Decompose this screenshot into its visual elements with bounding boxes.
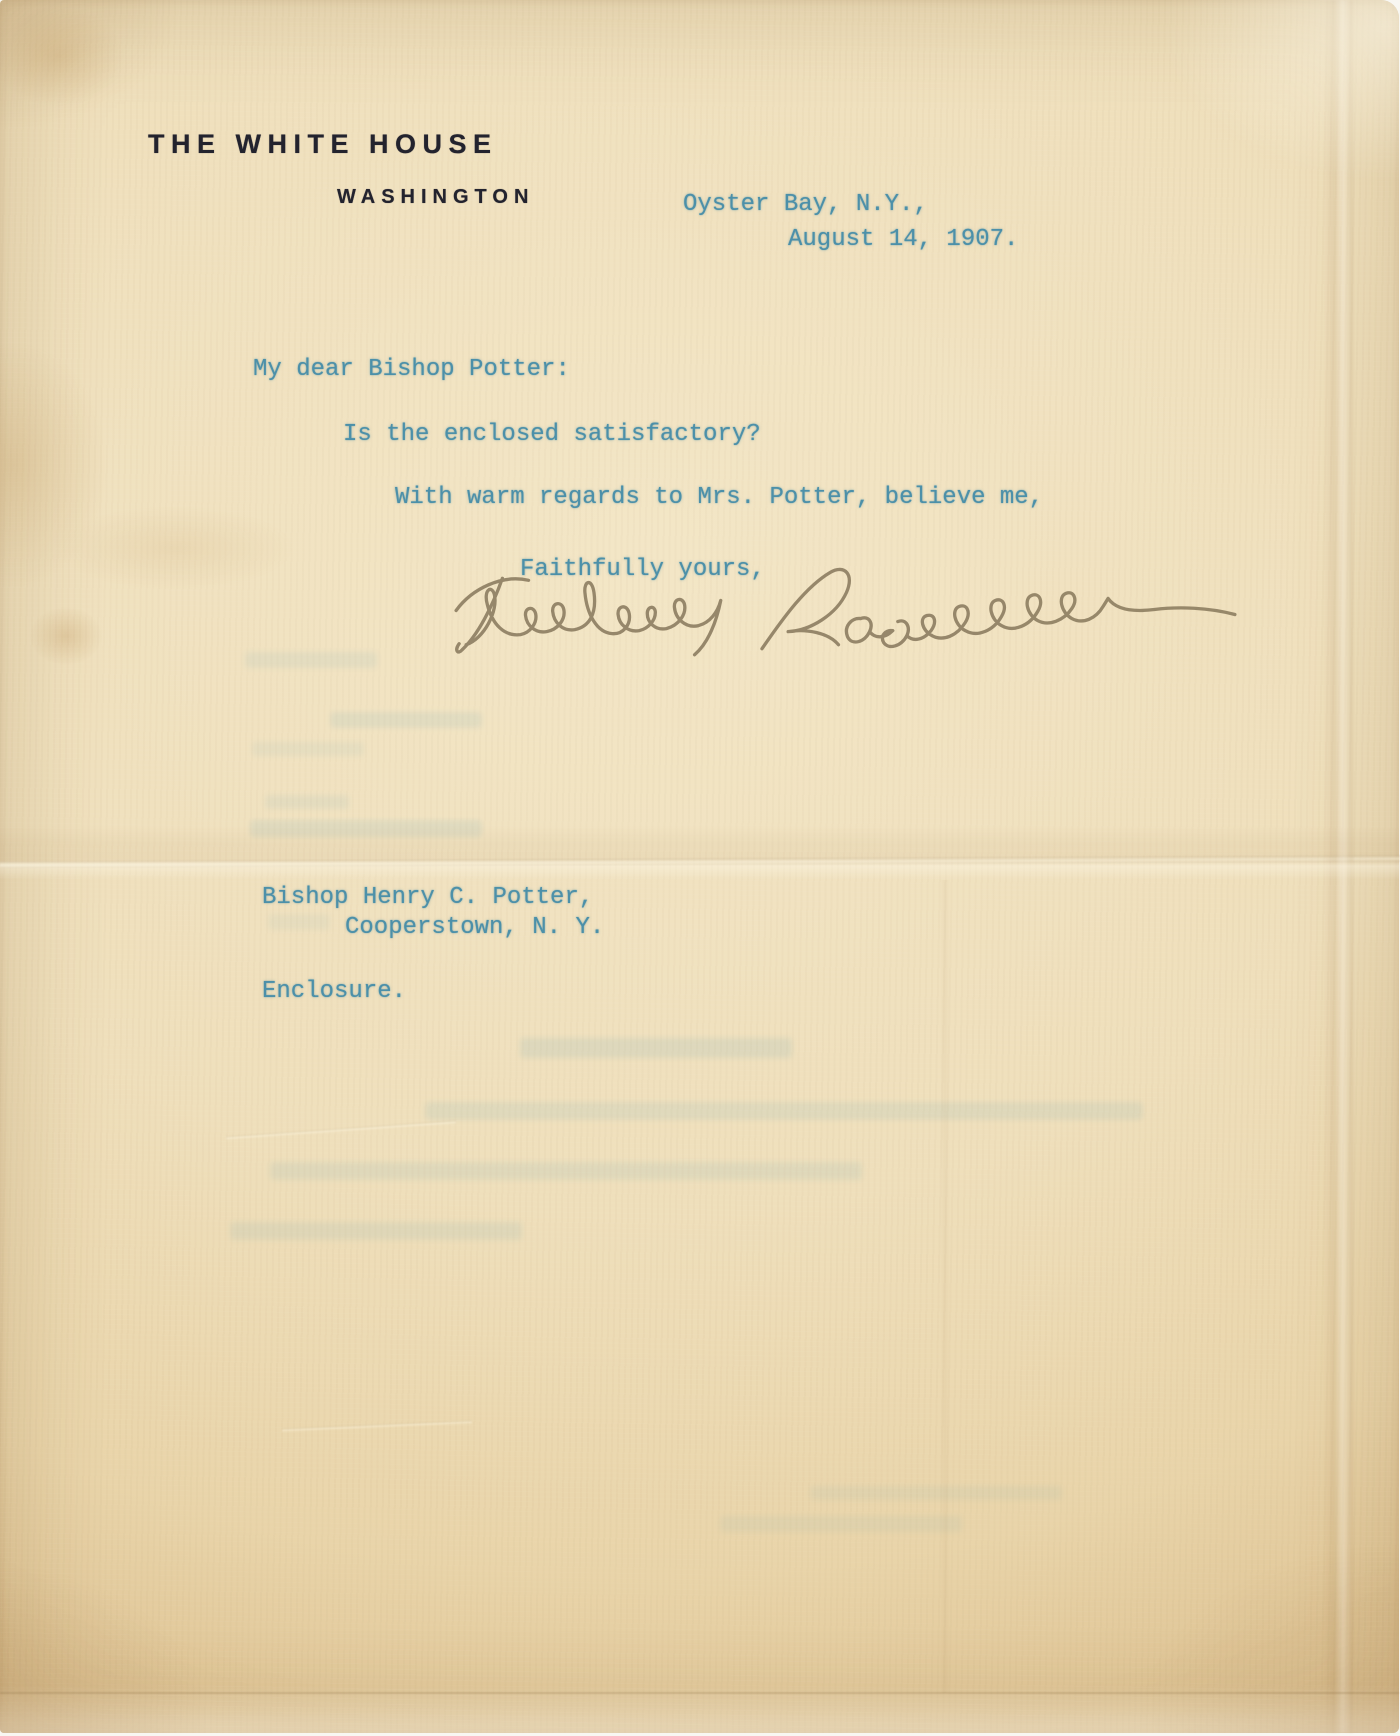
ink-bleedthrough-smudge [810, 1486, 1062, 1500]
ink-bleedthrough-smudge [245, 652, 377, 668]
scanned-letter-document: THE WHITE HOUSE WASHINGTON Oyster Bay, N… [0, 0, 1400, 1736]
ink-bleedthrough-smudge [270, 1162, 862, 1180]
signature-ink-strokes [438, 552, 1253, 672]
vertical-crease-shadow [940, 880, 950, 1693]
horizontal-fold-crease [0, 855, 1400, 868]
dateline-place: Oyster Bay, N.Y., [683, 190, 928, 220]
ink-bleedthrough-smudge [520, 1038, 792, 1058]
paper-bottom-edge [0, 1692, 1399, 1694]
ink-bleedthrough-smudge [720, 1516, 962, 1532]
ink-bleedthrough-smudge [252, 742, 364, 756]
recipient-address-line: Cooperstown, N. Y. [345, 913, 604, 943]
ink-bleedthrough-smudge [250, 820, 482, 837]
small-crease [226, 1120, 456, 1140]
enclosure-note: Enclosure. [262, 977, 406, 1007]
salutation-line: My dear Bishop Potter: [253, 355, 570, 385]
ink-bleedthrough-smudge [268, 914, 330, 930]
signature-theodore-roosevelt: Theodore Roosevelt [438, 552, 1253, 672]
vertical-crease-shadow [1323, 0, 1353, 1733]
ink-bleedthrough-smudge [330, 712, 482, 728]
ink-bleedthrough-smudge [265, 795, 349, 809]
body-line-1: Is the enclosed satisfactory? [343, 420, 761, 450]
recipient-name-line: Bishop Henry C. Potter, [262, 883, 593, 913]
small-crease [282, 1420, 472, 1432]
ink-bleedthrough-smudge [425, 1102, 1143, 1120]
dateline-date: August 14, 1907. [788, 225, 1018, 255]
letterhead-subtitle: WASHINGTON [337, 186, 534, 209]
paper-stains-vignette [0, 0, 1399, 1733]
ink-bleedthrough-smudge [230, 1222, 522, 1240]
letter-paper: THE WHITE HOUSE WASHINGTON Oyster Bay, N… [0, 0, 1399, 1733]
body-line-2: With warm regards to Mrs. Potter, believ… [395, 483, 1043, 513]
letterhead-title: THE WHITE HOUSE [148, 129, 498, 160]
